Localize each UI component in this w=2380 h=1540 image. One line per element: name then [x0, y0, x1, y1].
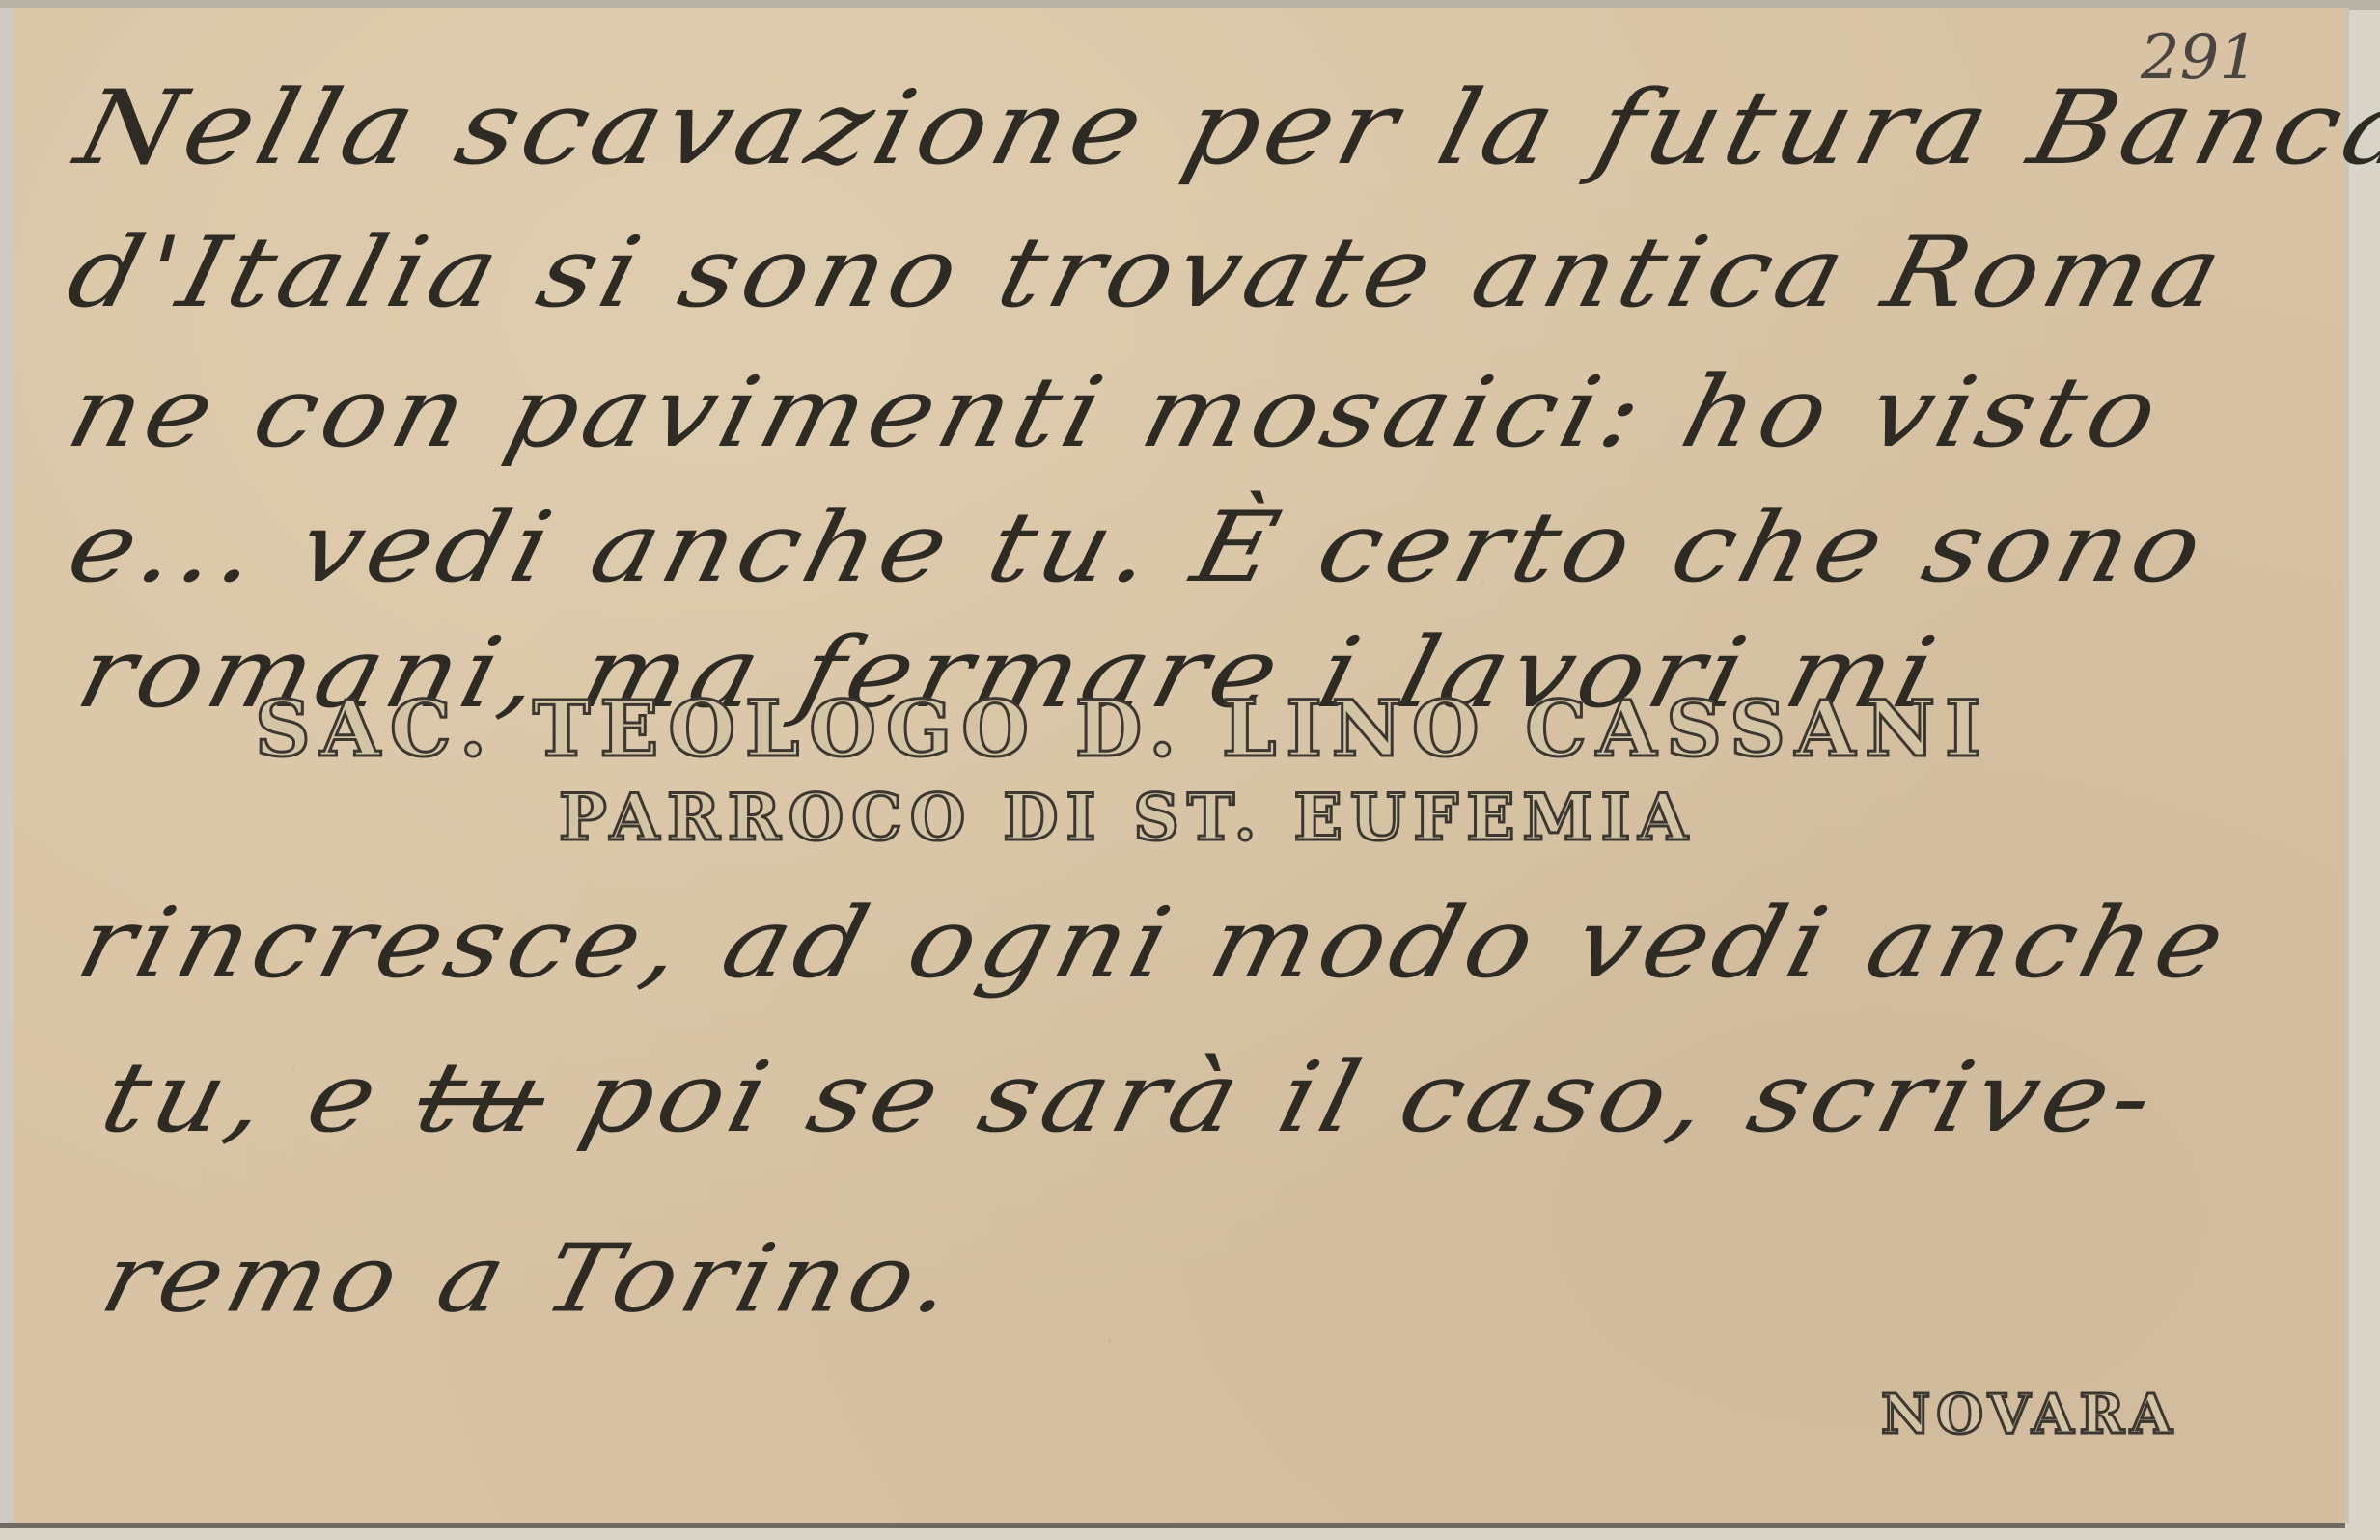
letterhead-given-name: LINO	[1222, 683, 1488, 774]
handwritten-line-8: remo a Torino.	[92, 1224, 970, 1334]
handwritten-fragment: tu, e	[91, 1042, 394, 1155]
handwritten-line-7: tu, e tu poi se sarà il caso, scrive-	[91, 1042, 2170, 1155]
handwritten-line-3: ne con pavimenti mosaici: ho visto	[57, 357, 2173, 470]
letterhead-title: TEOLOGO	[533, 683, 1038, 774]
letterhead-surname: CASSANI	[1525, 683, 1990, 774]
letterhead-parish: PARROCO DI ST. EUFEMIA	[559, 780, 1696, 855]
letter-card: 291 Nella scavazione per la futura Banca…	[0, 8, 2345, 1523]
handwritten-fragment: poi se sarà il caso, scrive-	[570, 1042, 2170, 1155]
struck-out-word: tu	[406, 1042, 559, 1155]
letterhead-name: SAC. TEOLOGO D. LINO CASSANI	[255, 683, 1991, 774]
letterhead-prefix: SAC.	[255, 683, 496, 774]
letterhead-city: NOVARA	[1881, 1383, 2178, 1446]
handwritten-line-4: e... vedi anche tu. È certo che sono	[57, 492, 2219, 605]
handwritten-line-1: Nella scavazione per la futura Banca	[67, 68, 2380, 187]
handwritten-line-6: rincresce, ad ogni modo vedi anche	[67, 888, 2241, 1001]
handwritten-line-2: d'Italia si sono trovate antica Roma	[57, 217, 2237, 330]
letterhead-initial: D.	[1075, 683, 1185, 774]
